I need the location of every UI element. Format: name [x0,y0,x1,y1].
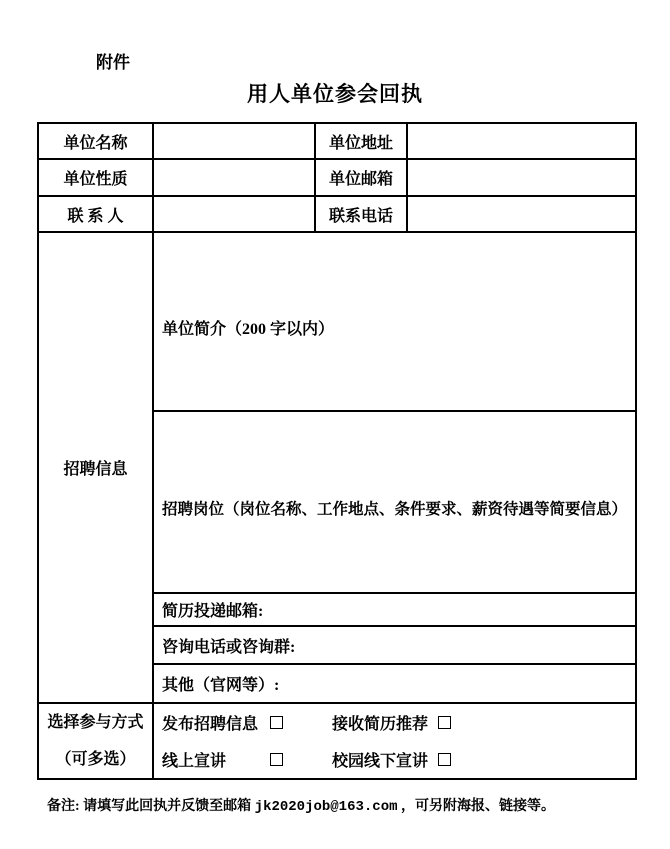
label-unit-name: 单位名称 [38,123,153,159]
checkbox-online-session[interactable] [270,753,283,766]
participation-label-line2: （可多选） [41,741,150,778]
page-title: 用人单位参会回执 [0,78,670,108]
field-resume-email[interactable]: 简历投递邮箱: [153,593,636,626]
field-other-website[interactable]: 其他（官网等）: [153,664,636,703]
field-unit-email[interactable] [407,159,636,196]
option-campus-offline-label: 校园线下宣讲 [332,748,438,771]
label-unit-type: 单位性质 [38,159,153,196]
label-participation-mode: 选择参与方式 （可多选） [38,703,153,779]
checkbox-campus-offline[interactable] [438,753,451,766]
attachment-label: 附件 [96,48,130,73]
row-contact: 联 系 人 联系电话 [38,196,636,232]
option-online-session-label: 线上宣讲 [162,748,270,771]
field-unit-intro[interactable]: 单位简介（200 字以内） [153,232,636,411]
row-unit-intro: 招聘信息 单位简介（200 字以内） [38,232,636,411]
document-page: 附件 用人单位参会回执 单位名称 单位地址 单位性质 单位邮箱 联 系 人 联系… [0,0,670,849]
row-unit-name: 单位名称 单位地址 [38,123,636,159]
field-unit-type[interactable] [153,159,315,196]
footer-note-prefix: 备注: 请填写此回执并反馈至邮箱 [47,799,255,814]
reply-form-table: 单位名称 单位地址 单位性质 单位邮箱 联 系 人 联系电话 招聘信息 单位简介… [37,122,637,780]
label-unit-address: 单位地址 [315,123,407,159]
field-consult-phone[interactable]: 咨询电话或咨询群: [153,626,636,664]
checkbox-publish-jobs[interactable] [270,716,283,729]
footer-note: 备注: 请填写此回执并反馈至邮箱 jk2020job@163.com ，可另附海… [47,795,555,815]
footer-note-suffix: ，可另附海报、链接等。 [398,799,556,814]
participation-options-row-2: 线上宣讲 校园线下宣讲 [162,741,631,778]
label-recruit-info: 招聘信息 [38,232,153,703]
participation-options-cell: 发布招聘信息 接收简历推荐 线上宣讲 校园线下宣讲 [153,703,636,779]
participation-options-row-1: 发布招聘信息 接收简历推荐 [162,704,631,741]
row-participation: 选择参与方式 （可多选） 发布招聘信息 接收简历推荐 线上宣讲 校园线下宣讲 [38,703,636,779]
field-contact-phone[interactable] [407,196,636,232]
field-contact-person[interactable] [153,196,315,232]
field-unit-name[interactable] [153,123,315,159]
checkbox-receive-resumes[interactable] [438,716,451,729]
option-receive-resumes-label: 接收简历推荐 [332,711,438,734]
row-unit-type: 单位性质 单位邮箱 [38,159,636,196]
label-contact-person: 联 系 人 [38,196,153,232]
label-contact-phone: 联系电话 [315,196,407,232]
field-unit-address[interactable] [407,123,636,159]
label-unit-email: 单位邮箱 [315,159,407,196]
footer-email: jk2020job@163.com [255,799,398,815]
option-publish-jobs-label: 发布招聘信息 [162,711,270,734]
field-job-positions[interactable]: 招聘岗位（岗位名称、工作地点、条件要求、薪资待遇等简要信息） [153,411,636,593]
participation-label-line1: 选择参与方式 [41,704,150,741]
